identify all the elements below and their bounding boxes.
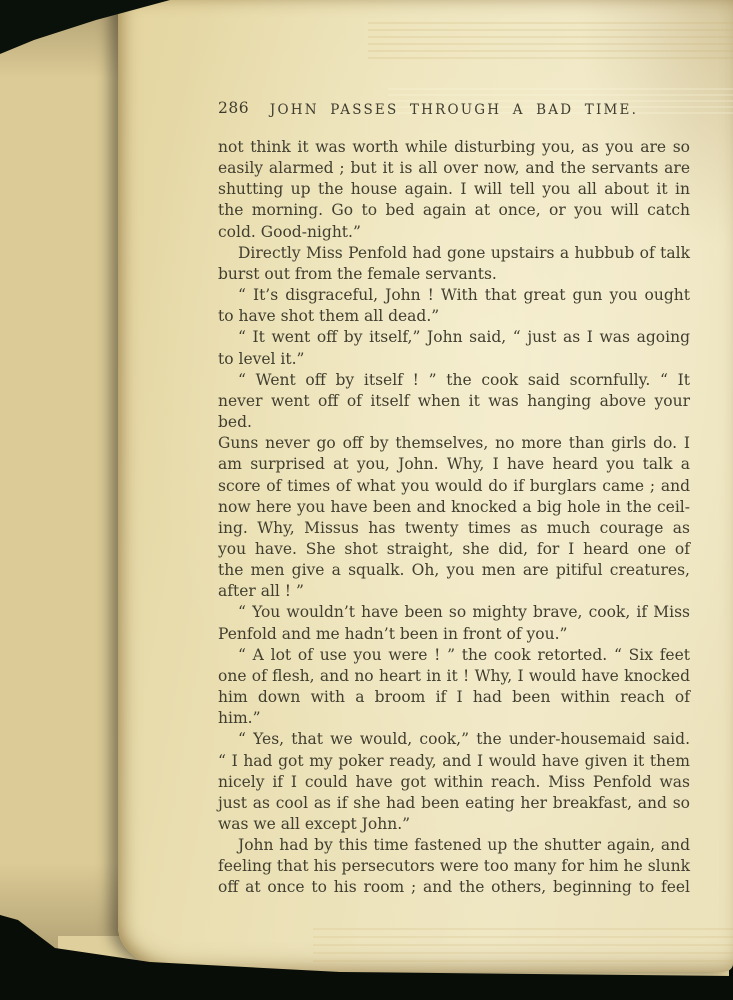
text-line: am surprised at you, John. Why, I have h…	[218, 454, 690, 475]
text-line: burst out from the female servants.	[218, 264, 690, 285]
text-line: score of times of what you would do if b…	[218, 476, 690, 497]
page-edge-streaks	[313, 928, 733, 962]
paragraph: “ Yes, that we would, cook,” the under-h…	[218, 729, 690, 835]
text-line: was we all except John.”	[218, 814, 690, 835]
text-line: never went off of itself when it was han…	[218, 391, 690, 433]
text-line: after all ! ”	[218, 581, 690, 602]
paragraph: “ It went off by itself,” John said, “ j…	[218, 327, 690, 369]
text-line: shutting up the house again. I will tell…	[218, 179, 690, 200]
text-line: now here you have been and knocked a big…	[218, 497, 690, 518]
paragraph: “ You wouldn’t have been so mighty brave…	[218, 602, 690, 644]
paragraph: “ A lot of use you were ! ” the cook ret…	[218, 645, 690, 730]
text-line: one of flesh, and no heart in it ! Why, …	[218, 666, 690, 687]
text-line: “ I had got my poker ready, and I would …	[218, 751, 690, 772]
text-line: Penfold and me hadn’t been in front of y…	[218, 624, 690, 645]
text-line: the morning. Go to bed again at once, or…	[218, 200, 690, 221]
paragraph: Directly Miss Penfold had gone upstairs …	[218, 243, 690, 285]
text-line: John had by this time fastened up the sh…	[218, 835, 690, 856]
text-line: off at once to his room ; and the others…	[218, 877, 690, 898]
running-title: JOHN PASSES THROUGH A BAD TIME.	[218, 102, 690, 118]
text-block: not think it was worth while disturbing …	[218, 137, 690, 899]
book-scan: 286 JOHN PASSES THROUGH A BAD TIME. not …	[0, 0, 733, 1000]
paragraph: “ Went off by itself ! ” the cook said s…	[218, 370, 690, 603]
text-line: to level it.”	[218, 349, 690, 370]
text-line: “ Went off by itself ! ” the cook said s…	[218, 370, 690, 391]
text-line: nicely if I could have got within reach.…	[218, 772, 690, 793]
text-line: feeling that his persecutors were too ma…	[218, 856, 690, 877]
text-line: Guns never go off by themselves, no more…	[218, 433, 690, 454]
text-line: not think it was worth while disturbing …	[218, 137, 690, 158]
text-line: him.”	[218, 708, 690, 729]
paragraph: John had by this time fastened up the sh…	[218, 835, 690, 898]
text-line: “ It went off by itself,” John said, “ j…	[218, 327, 690, 348]
text-line: just as cool as if she had been eating h…	[218, 793, 690, 814]
text-line: easily alarmed ; but it is all over now,…	[218, 158, 690, 179]
text-line: Directly Miss Penfold had gone upstairs …	[218, 243, 690, 264]
text-line: to have shot them all dead.”	[218, 306, 690, 327]
text-line: him down with a broom if I had been with…	[218, 687, 690, 708]
text-line: ing. Why, Missus has twenty times as muc…	[218, 518, 690, 539]
text-line: cold. Good-night.”	[218, 222, 690, 243]
text-line: “ A lot of use you were ! ” the cook ret…	[218, 645, 690, 666]
text-line: the men give a squalk. Oh, you men are p…	[218, 560, 690, 581]
text-line: “ It’s disgraceful, John ! With that gre…	[218, 285, 690, 306]
text-line: “ Yes, that we would, cook,” the under-h…	[218, 729, 690, 750]
text-line: you have. She shot straight, she did, fo…	[218, 539, 690, 560]
paragraph: “ It’s disgraceful, John ! With that gre…	[218, 285, 690, 327]
paragraph: not think it was worth while disturbing …	[218, 137, 690, 243]
page-edge-streaks	[368, 22, 733, 64]
text-line: “ You wouldn’t have been so mighty brave…	[218, 602, 690, 623]
